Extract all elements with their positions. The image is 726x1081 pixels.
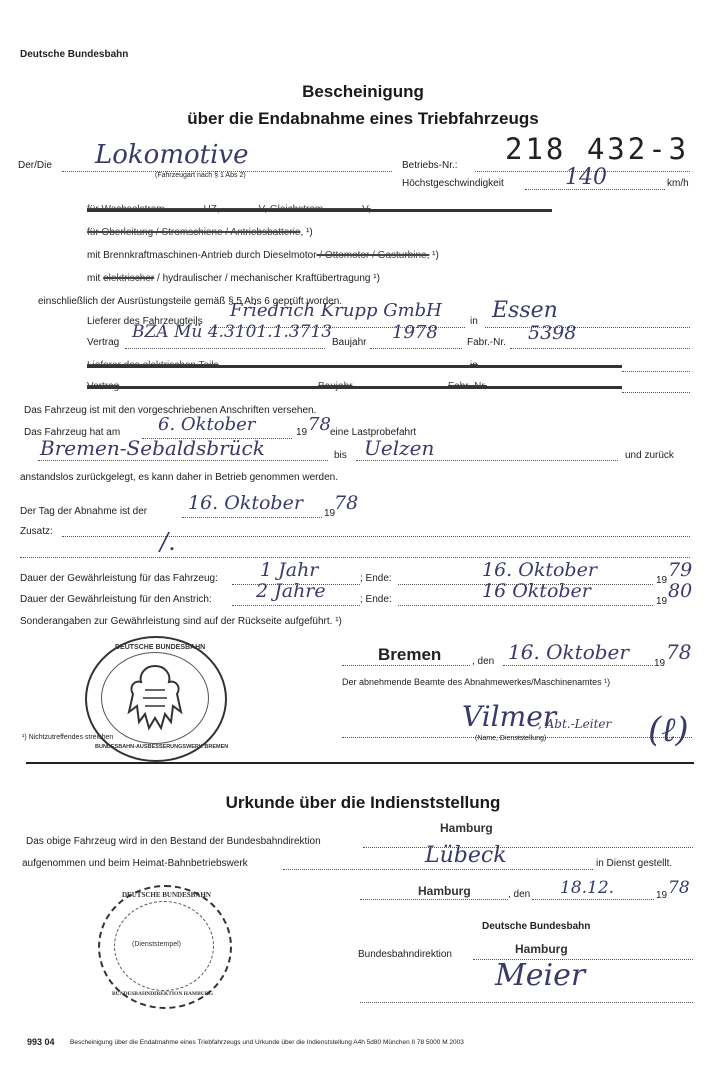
vehicle-type-field[interactable]: Lokomotive bbox=[95, 140, 248, 170]
speed-label: Höchstgeschwindigkeit bbox=[402, 178, 504, 189]
year-line bbox=[370, 347, 462, 349]
supply-suffix: , ¹) bbox=[300, 227, 312, 238]
zusatz-line bbox=[62, 535, 690, 537]
warranty-paint-duration[interactable]: 2 Jahre bbox=[256, 580, 326, 602]
eagle-emblem-icon bbox=[125, 662, 185, 732]
supply-line: für Oberleitung / Stromschiene / Antrieb… bbox=[87, 227, 313, 238]
warranty-vehicle-end-label: ; Ende: bbox=[360, 573, 392, 584]
zusatz-field[interactable]: /. bbox=[160, 528, 176, 556]
commissioning-line2-suffix: in Dienst gestellt. bbox=[596, 858, 672, 869]
warranty-vehicle-century: 19 bbox=[656, 575, 667, 586]
und-zurueck: und zurück bbox=[625, 450, 674, 461]
strike-bar bbox=[87, 386, 622, 389]
zusatz-line-2 bbox=[20, 556, 690, 558]
year-field[interactable]: 1978 bbox=[392, 322, 438, 343]
signature-line-2 bbox=[360, 1001, 693, 1003]
name-caption: (Name, Dienststellung) bbox=[475, 735, 546, 742]
engine-struck: / Ottomotor / Gasturbine, bbox=[317, 250, 430, 261]
in-label: in bbox=[470, 316, 478, 327]
commissioning-org: Deutsche Bundesbahn bbox=[482, 921, 590, 932]
year-label: Baujahr bbox=[332, 337, 366, 348]
supplier-field[interactable]: Friedrich Krupp GmbH bbox=[230, 300, 442, 321]
signoff-century: 19 bbox=[654, 658, 665, 669]
initials-mark: (ℓ) bbox=[648, 710, 689, 750]
trans-struck: elektrischer bbox=[103, 273, 154, 284]
form-number: 993 04 bbox=[27, 1037, 55, 1047]
signoff-date-line bbox=[503, 664, 653, 666]
signature-2[interactable]: Meier bbox=[495, 958, 585, 993]
warranty-paint-century: 19 bbox=[656, 596, 667, 607]
engine-suffix: ¹) bbox=[429, 250, 438, 261]
contract-field[interactable]: BZA Mü 4.3101.1.3713 bbox=[132, 322, 332, 342]
trial-date-field[interactable]: 6. Oktober bbox=[158, 414, 255, 435]
document-subtitle: über die Endabnahme eines Triebfahrzeugs bbox=[0, 109, 726, 129]
warranty-special-note: Sonderangaben zur Gewährleistung sind au… bbox=[20, 616, 342, 627]
direktion-line bbox=[363, 846, 693, 848]
official-stamp-bremen: DEUTSCHE BUNDESBAHN BUNDESBAHN-AUSBESSER… bbox=[85, 636, 227, 762]
warranty-paint-end-label: ; Ende: bbox=[360, 594, 392, 605]
zusatz-label: Zusatz: bbox=[20, 526, 53, 537]
commissioning-title: Urkunde über die Indienststellung bbox=[0, 793, 726, 813]
stamp-top-text: DEUTSCHE BUNDESBAHN bbox=[115, 644, 205, 651]
commissioning-year-field[interactable]: 78 bbox=[668, 878, 690, 898]
stamp-bottom-text: BUNDESBAHN-AUSBESSERUNGSWERK BREMEN bbox=[95, 744, 228, 750]
elec-line bbox=[622, 370, 690, 372]
strike-bar bbox=[87, 209, 552, 212]
speed-unit: km/h bbox=[667, 178, 689, 189]
warranty-paint-end-line bbox=[398, 604, 653, 606]
signoff-den: , den bbox=[472, 656, 494, 667]
to-field[interactable]: Uelzen bbox=[364, 436, 434, 460]
trans-prefix: mit bbox=[87, 273, 103, 284]
vehicle-type-caption: (Fahrzeugart nach § 1 Abs 2) bbox=[155, 172, 246, 179]
signoff-date-field[interactable]: 16. Oktober bbox=[508, 640, 629, 664]
direktion-sign-value: Hamburg bbox=[515, 942, 568, 956]
warranty-vehicle-label: Dauer der Gewährleistung für das Fahrzeu… bbox=[20, 573, 218, 584]
commissioning-den: , den bbox=[508, 889, 530, 900]
signoff-place: Bremen bbox=[378, 645, 441, 665]
commissioning-date-field[interactable]: 18.12. bbox=[560, 878, 614, 898]
warranty-paint-label: Dauer der Gewährleistung für den Anstric… bbox=[20, 594, 212, 605]
warranty-vehicle-duration[interactable]: 1 Jahr bbox=[260, 559, 318, 581]
commissioning-century: 19 bbox=[656, 890, 667, 901]
acceptance-label: Der Tag der Abnahme ist der bbox=[20, 506, 147, 517]
engine-line: mit Brennkraftmaschinen-Antrieb durch Di… bbox=[87, 250, 439, 261]
elec-line-2 bbox=[622, 391, 690, 393]
heimat-bw-field[interactable]: Lübeck bbox=[425, 843, 507, 868]
fabr-line bbox=[510, 347, 690, 349]
supply-struck: für Oberleitung / Stromschiene / Antrieb… bbox=[87, 227, 300, 238]
city-line bbox=[485, 326, 690, 328]
fabr-label: Fabr.-Nr. bbox=[467, 337, 506, 348]
completed-statement: anstandslos zurückgelegt, es kann daher … bbox=[20, 472, 338, 483]
acceptance-year-field[interactable]: 78 bbox=[334, 492, 358, 514]
org-name: Deutsche Bundesbahn bbox=[20, 49, 128, 60]
commissioning-place-line bbox=[360, 898, 508, 900]
der-die-label: Der/Die bbox=[18, 160, 52, 171]
strike-bar bbox=[87, 365, 622, 368]
stamp-bottom-text: BUNDESBAHNDIREKTION HAMBURG bbox=[112, 991, 213, 997]
city-field[interactable]: Essen bbox=[492, 298, 558, 323]
document-title: Bescheinigung bbox=[0, 82, 726, 102]
direktion-label: Bundesbahndirektion bbox=[358, 949, 452, 960]
commissioning-place: Hamburg bbox=[418, 884, 471, 898]
trial-century: 19 bbox=[296, 427, 307, 438]
speed-field[interactable]: 140 bbox=[565, 165, 607, 190]
acceptance-date-field[interactable]: 16. Oktober bbox=[188, 492, 303, 514]
trans-suffix: / hydraulischer / mechanischer Kraftüber… bbox=[154, 273, 380, 284]
warranty-vehicle-end-field[interactable]: 16. Oktober bbox=[482, 559, 597, 581]
stamp-center-text: (Dienststempel) bbox=[132, 941, 181, 948]
official-stamp-hamburg: DEUTSCHE BUNDESBAHN BUNDESBAHNDIREKTION … bbox=[98, 885, 232, 1009]
trial-year-field[interactable]: 78 bbox=[308, 414, 331, 435]
from-field[interactable]: Bremen-Sebaldsbrück bbox=[40, 436, 265, 460]
warranty-paint-end-field[interactable]: 16 Oktober bbox=[482, 580, 591, 602]
bw-line bbox=[283, 868, 593, 870]
transmission-line: mit elektrischer / hydraulischer / mecha… bbox=[87, 273, 380, 284]
fabr-field[interactable]: 5398 bbox=[528, 322, 576, 344]
official-label: Der abnehmende Beamte des Abnahmewerkes/… bbox=[342, 677, 610, 687]
bis-label: bis bbox=[334, 450, 347, 461]
warranty-paint-line bbox=[232, 604, 360, 606]
section-divider bbox=[26, 762, 694, 764]
signer-position: , Abt.-Leiter bbox=[538, 717, 611, 731]
stamp-top-text: DEUTSCHE BUNDESBAHN bbox=[122, 891, 211, 899]
signoff-year-field[interactable]: 78 bbox=[666, 640, 691, 664]
betriebs-nr-field[interactable]: 218 432-3 bbox=[505, 132, 689, 166]
warranty-paint-end-year[interactable]: 80 bbox=[668, 580, 692, 602]
contract-label: Vertrag bbox=[87, 337, 119, 348]
warranty-vehicle-end-year[interactable]: 79 bbox=[668, 559, 692, 581]
footnote-not-applicable: ¹) Nichtzutreffendes streichen bbox=[22, 734, 113, 741]
acceptance-line bbox=[182, 516, 322, 518]
betriebs-nr-label: Betriebs-Nr.: bbox=[402, 160, 458, 171]
commissioning-line1-label: Das obige Fahrzeug wird in den Bestand d… bbox=[26, 836, 321, 847]
contract-line bbox=[125, 347, 325, 349]
commissioning-line2-label: aufgenommen und beim Heimat-Bahnbetriebs… bbox=[22, 858, 248, 869]
commissioning-date-line bbox=[532, 898, 654, 900]
direktion-field[interactable]: Hamburg bbox=[440, 821, 493, 835]
engine-prefix: mit Brennkraftmaschinen-Antrieb durch Di… bbox=[87, 250, 317, 261]
form-description: Bescheinigung über die Endabnahme eines … bbox=[70, 1039, 464, 1046]
